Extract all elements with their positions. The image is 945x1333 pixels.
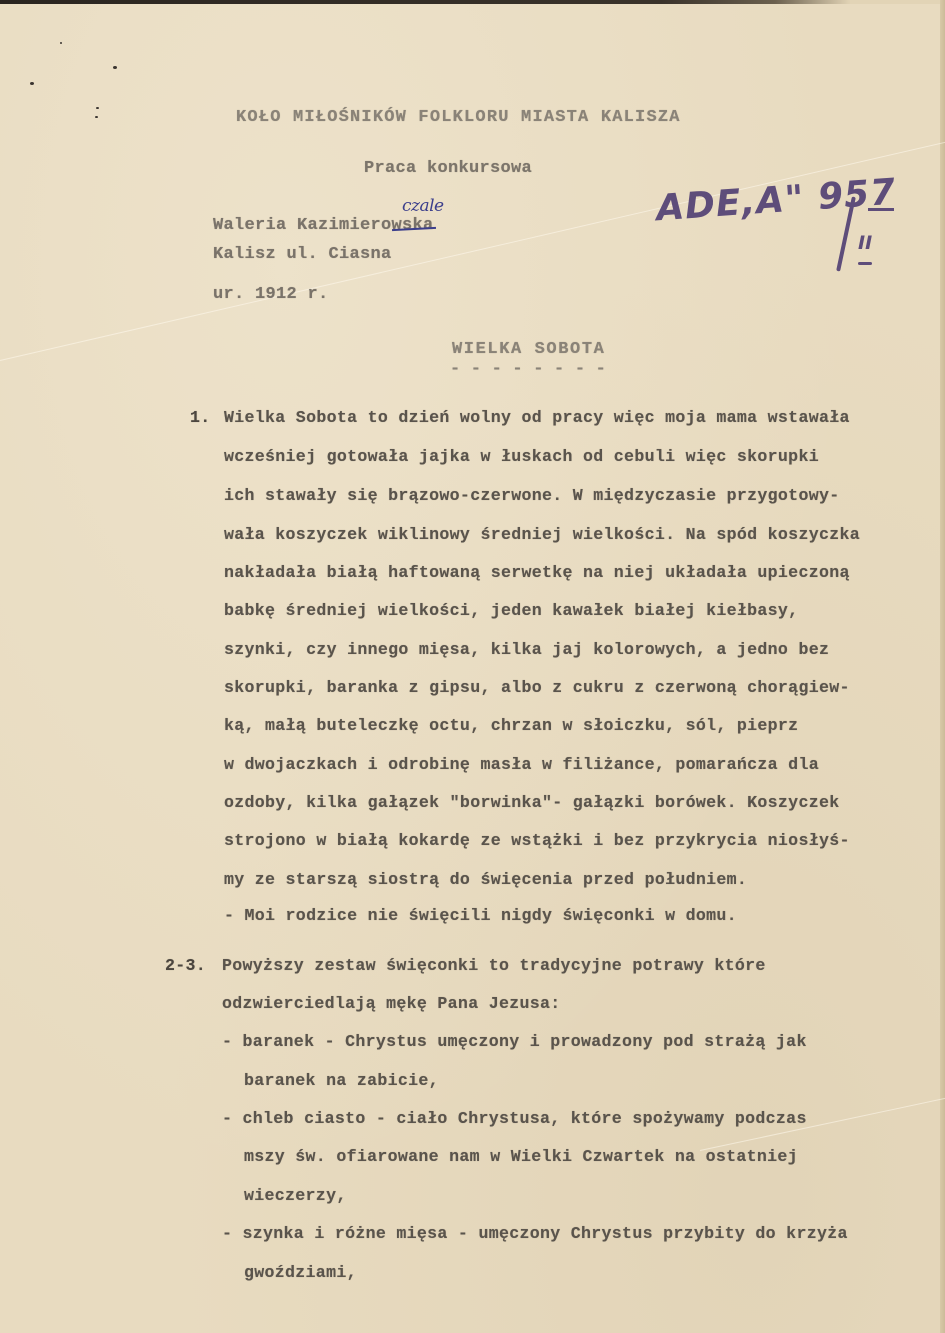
scan-top-edge — [0, 0, 945, 4]
paper-speck — [113, 66, 117, 69]
answer-line: gwoździami, — [244, 1263, 357, 1282]
author-birth-year: ur. 1912 r. — [213, 285, 329, 304]
answer-line: nakładała białą haftowaną serwetkę na ni… — [224, 563, 850, 582]
answer-line: ich stawały się brązowo-czerwone. W międ… — [224, 486, 839, 505]
answer-line: szynki, czy innego mięsa, kilka jaj kolo… — [224, 640, 829, 659]
answer-line: wała koszyczek wiklinowy średniej wielko… — [224, 525, 860, 544]
answer-line: - szynka i różne mięsa - umęczony Chryst… — [222, 1224, 848, 1243]
answer-line: w dwojaczkach i odrobinę masła w filiżan… — [224, 755, 819, 774]
section-underline: - - - - - - - - — [450, 360, 606, 379]
author-name: Waleria Kazimierowska — [213, 216, 434, 235]
answer-line: mszy św. ofiarowane nam w Wielki Czwarte… — [244, 1147, 798, 1166]
organization-title: KOŁO MIŁOŚNIKÓW FOLKLORU MIASTA KALISZA — [236, 108, 681, 127]
answer-number: 2-3. — [165, 956, 206, 975]
paper-speck — [96, 107, 99, 109]
author-address: Kalisz ul. Ciasna — [213, 245, 392, 264]
scan-right-edge — [940, 0, 945, 1333]
answer-line: babkę średniej wielkości, jeden kawałek … — [224, 601, 798, 620]
answer-line: baranek na zabicie, — [244, 1071, 439, 1090]
answer-line: - Moi rodzice nie święcili nigdy święcon… — [224, 906, 737, 925]
answer-line: strojono w białą kokardę ze wstążki i be… — [224, 831, 850, 850]
answer-line: Powyższy zestaw święconki to tradycyjne … — [222, 956, 766, 975]
answer-line: Wielka Sobota to dzień wolny od pracy wi… — [224, 408, 850, 427]
paper-speck — [95, 116, 98, 118]
answer-line: skorupki, baranka z gipsu, albo z cukru … — [224, 678, 850, 697]
answer-line: my ze starszą siostrą do święcenia przed… — [224, 870, 747, 889]
archive-underline-mark — [858, 262, 872, 265]
answer-line: - chleb ciasto - ciało Chrystusa, które … — [222, 1109, 807, 1128]
answer-number: 1. — [190, 408, 211, 427]
answer-line: ką, małą buteleczkę octu, chrzan w słoic… — [224, 716, 798, 735]
handwritten-correction: czale — [402, 196, 444, 216]
archive-bar-mark — [868, 208, 894, 211]
paper-speck — [60, 42, 62, 44]
section-title: WIELKA SOBOTA — [452, 340, 605, 359]
archive-signature: ADE,A" 957 — [655, 172, 898, 230]
answer-line: wcześniej gotowała jajka w łuskach od ce… — [224, 447, 819, 466]
answer-line: - baranek - Chrystus umęczony i prowadzo… — [222, 1032, 807, 1051]
document-page: KOŁO MIŁOŚNIKÓW FOLKLORU MIASTA KALISZA … — [0, 0, 945, 1333]
answer-line: ozdoby, kilka gałązek "borwinka"- gałązk… — [224, 793, 839, 812]
answer-line: wieczerzy, — [244, 1186, 347, 1205]
answer-line: odzwierciedlają mękę Pana Jezusa: — [222, 994, 561, 1013]
archive-volume: II — [858, 232, 872, 254]
paper-speck — [30, 82, 34, 85]
document-subtitle: Praca konkursowa — [364, 159, 532, 178]
